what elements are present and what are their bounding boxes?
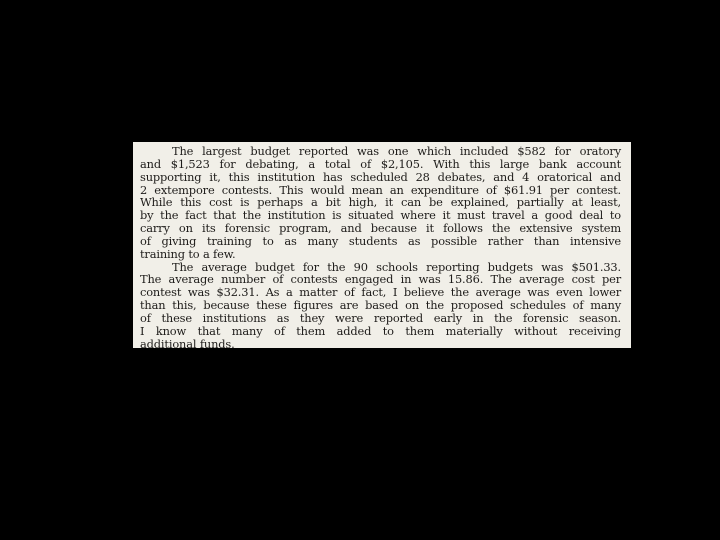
text-line: of giving training to as many students a… <box>140 235 621 248</box>
paragraph-average-budget: The average budget for the 90 schools re… <box>140 261 621 351</box>
text-line: training to a few. <box>140 248 621 261</box>
text-line: I know that many of them added to them m… <box>140 325 621 338</box>
text-line: carry on its forensic program, and becau… <box>140 222 621 235</box>
paragraph-largest-budget: The largest budget reported was one whic… <box>140 145 621 261</box>
text-line: supporting it, this institution has sche… <box>140 171 621 184</box>
text-line: The largest budget reported was one whic… <box>140 145 621 158</box>
text-line: additional funds. <box>140 338 621 351</box>
text-line: of these institutions as they were repor… <box>140 312 621 325</box>
scanned-page: The largest budget reported was one whic… <box>133 142 631 348</box>
text-line: and $1,523 for debating, a total of $2,1… <box>140 158 621 171</box>
